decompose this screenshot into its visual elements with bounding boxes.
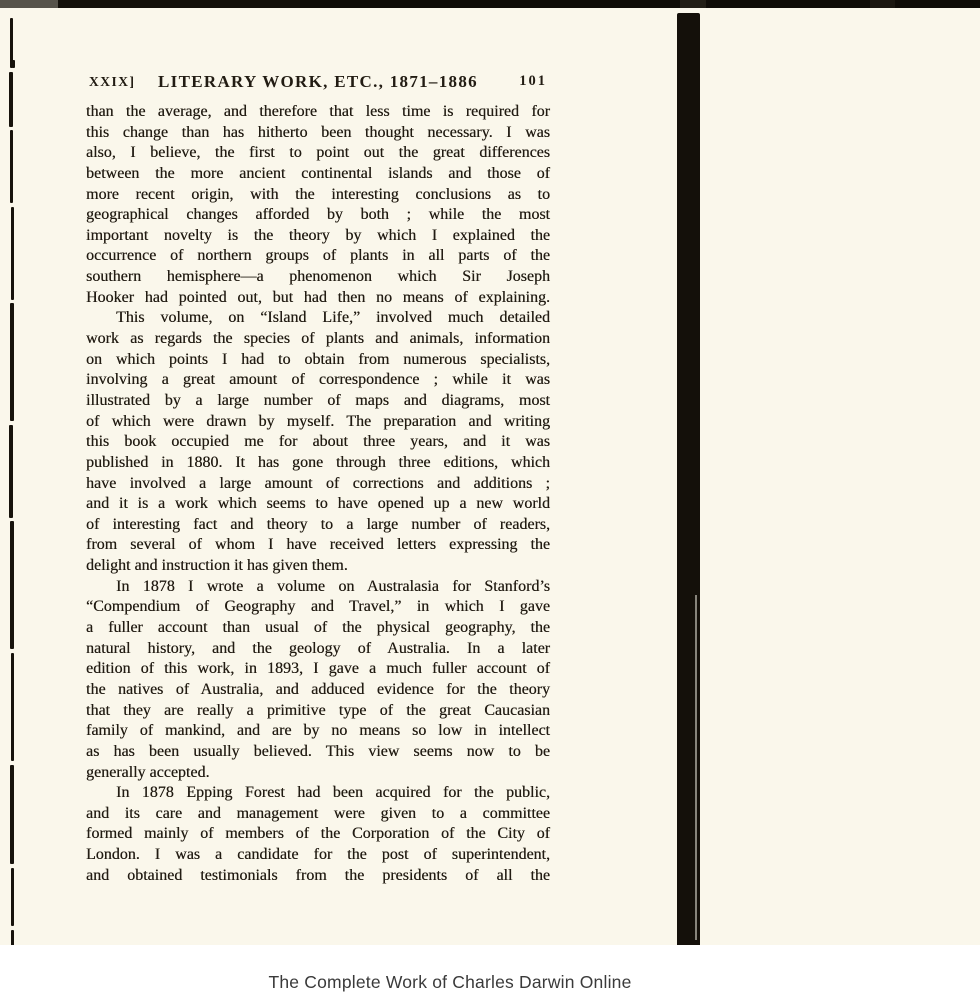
text-line: In 1878 Epping Forest had been acquired … — [86, 783, 550, 804]
page-body: than the average, and therefore that les… — [86, 102, 550, 886]
text-line: work as regards the species of plants an… — [86, 329, 550, 350]
text-line: on which points I had to obtain from num… — [86, 350, 550, 371]
text-line: as has been usually believed. This view … — [86, 742, 550, 763]
text-line: formed mainly of members of the Corporat… — [86, 824, 550, 845]
text-line: that they are really a primitive type of… — [86, 701, 550, 722]
text-line: a fuller account than usual of the physi… — [86, 618, 550, 639]
scanned-book-page: XXIX] LITERARY WORK, ETC., 1871–1886 101… — [0, 0, 980, 997]
text-line: and its care and management were given t… — [86, 804, 550, 825]
text-line: from several of whom I have received let… — [86, 535, 550, 556]
text-line: involving a great amount of corresponden… — [86, 370, 550, 391]
text-line: natural history, and the geology of Aust… — [86, 639, 550, 660]
text-line: illustrated by a large number of maps an… — [86, 391, 550, 412]
text-line: and it is a work which seems to have ope… — [86, 494, 550, 515]
page-text-block: XXIX] LITERARY WORK, ETC., 1871–1886 101… — [86, 68, 550, 886]
site-caption: The Complete Work of Charles Darwin Onli… — [0, 972, 900, 993]
text-line: between the more ancient continental isl… — [86, 164, 550, 185]
text-line: of interesting fact and theory to a larg… — [86, 515, 550, 536]
text-line: also, I believe, the first to point out … — [86, 143, 550, 164]
text-line: and obtained testimonials from the presi… — [86, 866, 550, 887]
scan-artifact-top-edge — [0, 0, 980, 8]
caption-strip: The Complete Work of Charles Darwin Onli… — [0, 945, 980, 997]
text-line: London. I was a candidate for the post o… — [86, 845, 550, 866]
text-line: This volume, on “Island Life,” involved … — [86, 308, 550, 329]
text-line: than the average, and therefore that les… — [86, 102, 550, 123]
text-line: occurrence of northern groups of plants … — [86, 246, 550, 267]
text-line: more recent origin, with the interesting… — [86, 185, 550, 206]
text-line: have involved a large amount of correcti… — [86, 474, 550, 495]
text-line: generally accepted. — [86, 763, 550, 784]
text-line: this book occupied me for about three ye… — [86, 432, 550, 453]
text-line: of which were drawn by myself. The prepa… — [86, 412, 550, 433]
text-line: published in 1880. It has gone through t… — [86, 453, 550, 474]
text-line: this change than has hitherto been thoug… — [86, 123, 550, 144]
text-line: important novelty is the theory by which… — [86, 226, 550, 247]
text-line: “Compendium of Geography and Travel,” in… — [86, 597, 550, 618]
page-header: XXIX] LITERARY WORK, ETC., 1871–1886 101 — [86, 68, 550, 92]
running-title: LITERARY WORK, ETC., 1871–1886 — [86, 72, 550, 92]
scan-artifact-binding-slit — [695, 595, 697, 940]
text-line: delight and instruction it has given the… — [86, 556, 550, 577]
text-line: In 1878 I wrote a volume on Australasia … — [86, 577, 550, 598]
text-line: geographical changes afforded by both ; … — [86, 205, 550, 226]
text-line: edition of this work, in 1893, I gave a … — [86, 659, 550, 680]
text-line: Hooker had pointed out, but had then no … — [86, 288, 550, 309]
text-line: the natives of Australia, and adduced ev… — [86, 680, 550, 701]
page-number: 101 — [519, 73, 547, 90]
text-line: family of mankind, and are by no means s… — [86, 721, 550, 742]
text-line: southern hemisphere—a phenomenon which S… — [86, 267, 550, 288]
